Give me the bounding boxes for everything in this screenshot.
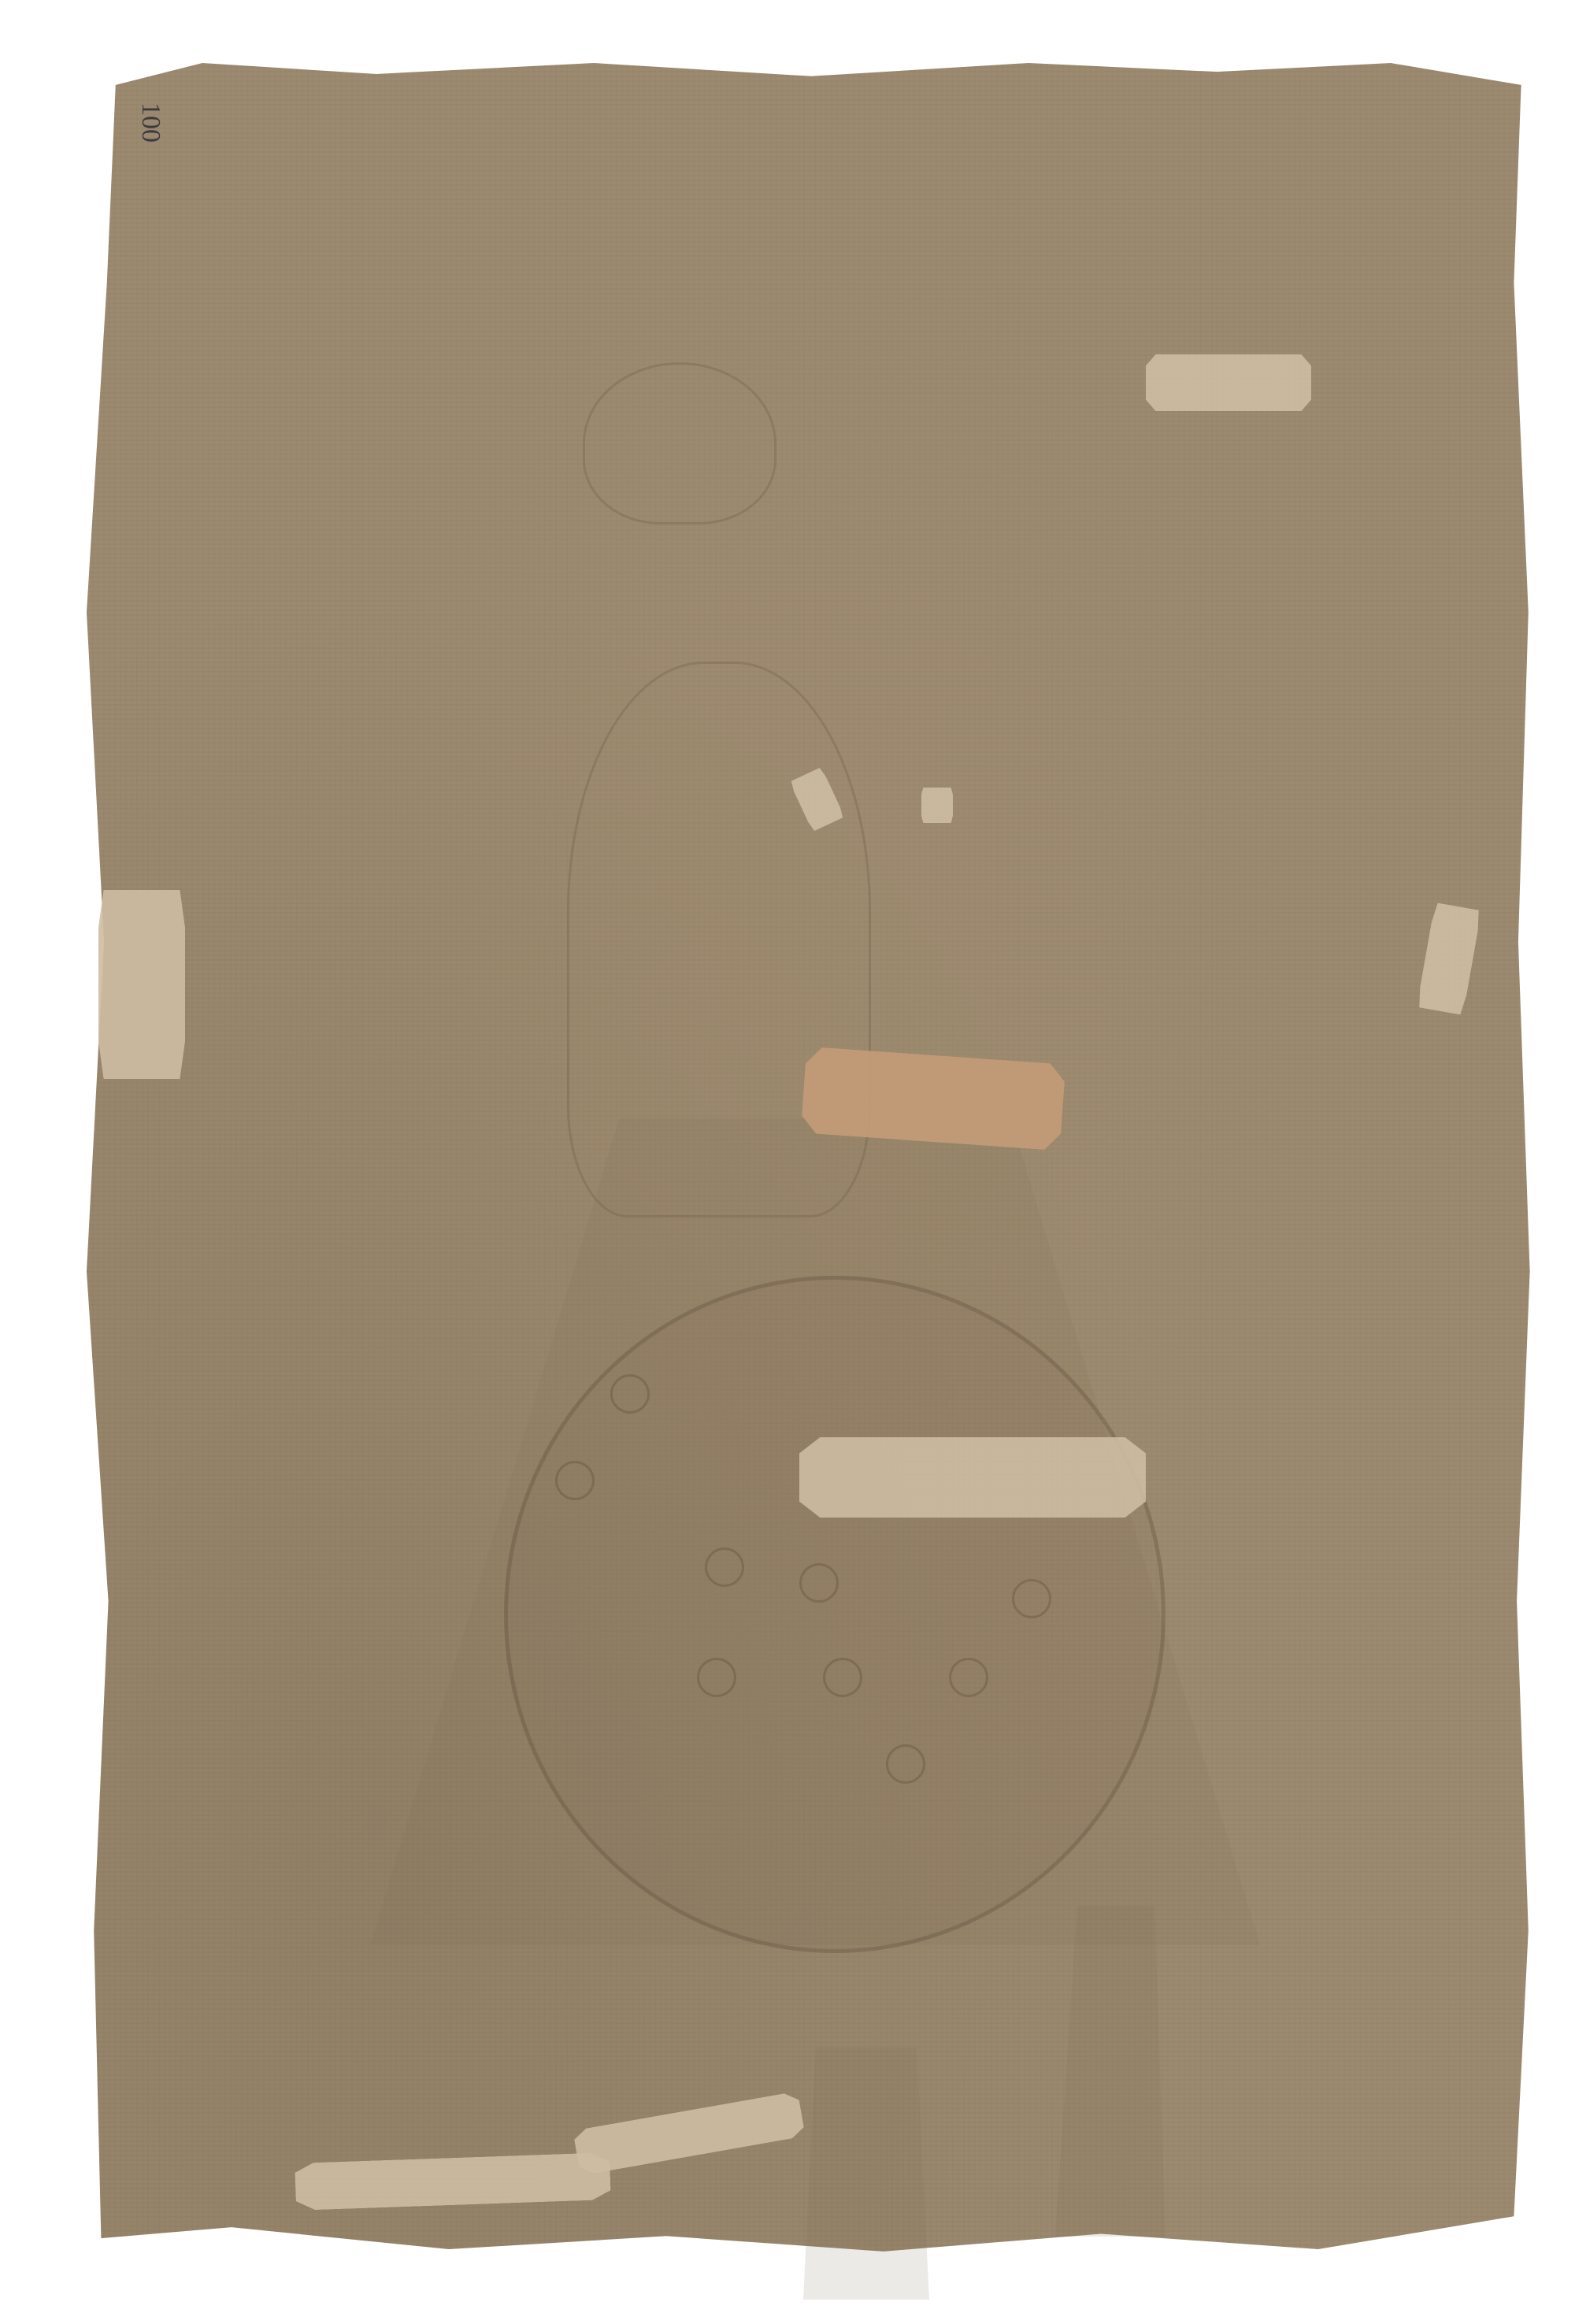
shield-stud xyxy=(1012,1579,1051,1618)
tape-patch xyxy=(801,1047,1066,1151)
shield-stud xyxy=(697,1658,736,1697)
shield-stud xyxy=(705,1547,744,1587)
shield-outline xyxy=(504,1276,1165,1953)
shield-stud xyxy=(886,1744,925,1784)
shield-stud xyxy=(823,1658,862,1697)
shield-stud xyxy=(555,1461,595,1500)
tape-patch xyxy=(1146,354,1311,411)
shield-stud xyxy=(610,1374,650,1414)
figure-left-leg xyxy=(803,2048,929,2300)
tape-patch xyxy=(98,890,185,1079)
inventory-number-marking: 100 xyxy=(135,102,165,143)
figure-head-outline xyxy=(583,362,776,524)
shield-stud xyxy=(799,1563,839,1603)
shield-stud xyxy=(949,1658,988,1697)
tape-patch xyxy=(799,1437,1146,1518)
tape-patch xyxy=(921,788,953,823)
